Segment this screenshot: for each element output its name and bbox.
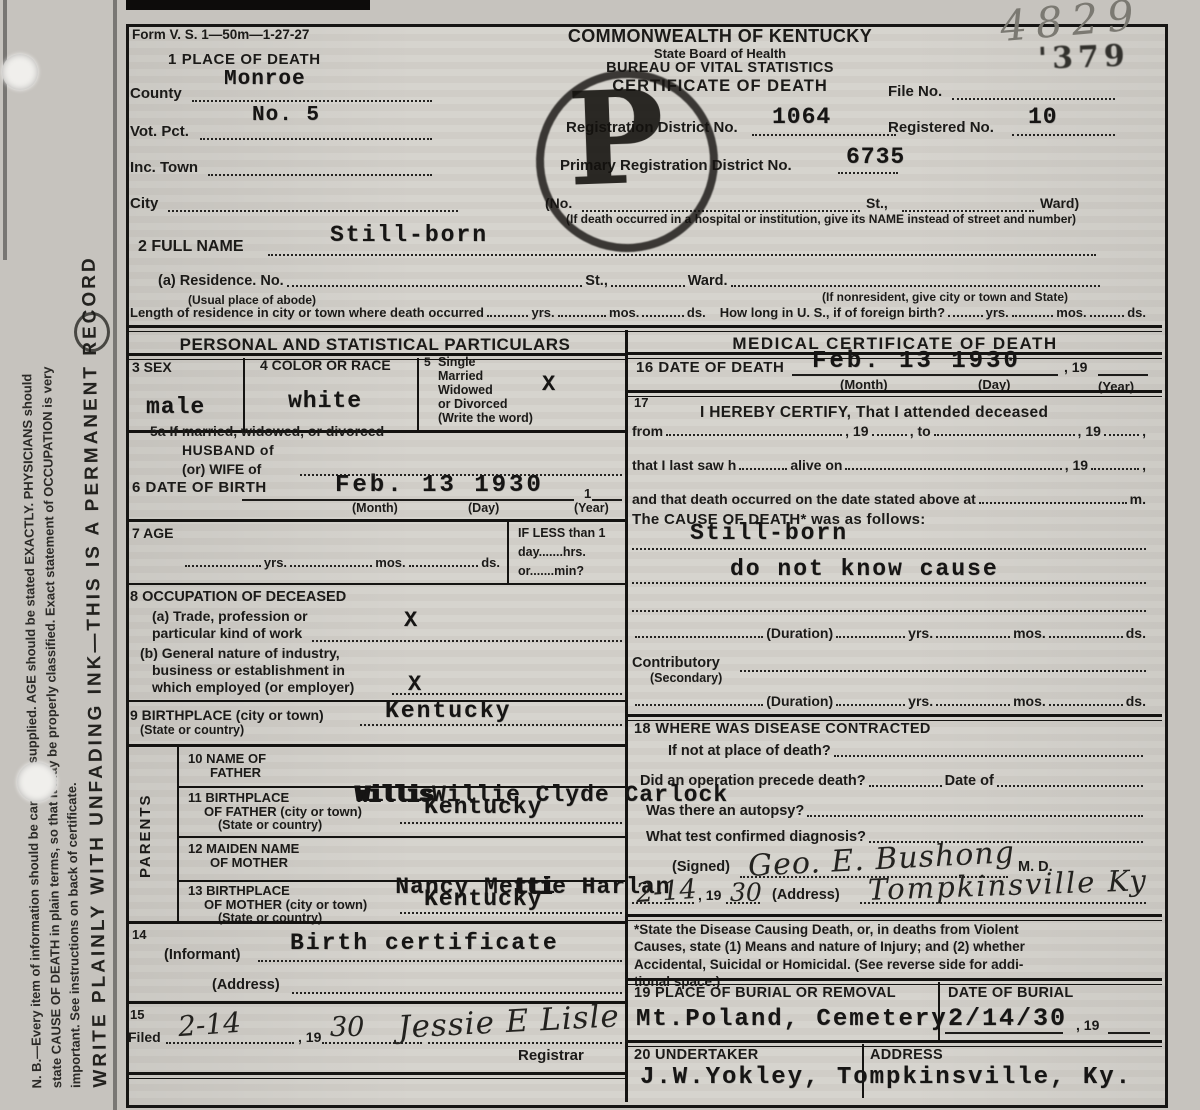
file-no-label: File No. — [888, 84, 942, 101]
leader — [1091, 466, 1139, 470]
filed-label: Filed — [128, 1030, 161, 1045]
county-value: Monroe — [224, 68, 306, 91]
commonwealth-title: COMMONWEALTH OF KENTUCKY — [545, 27, 895, 47]
residence-label: (a) Residence. No. — [158, 274, 284, 290]
leader — [632, 608, 1146, 612]
full-name-value: Still-born — [330, 222, 488, 248]
row-border — [128, 700, 625, 702]
ink-ring-mark — [74, 312, 110, 352]
leader — [360, 722, 622, 726]
cell-divider — [243, 358, 245, 430]
stamped-number: '379 — [1037, 38, 1130, 76]
leader — [558, 313, 606, 317]
undertaker-label: 20 UNDERTAKER — [634, 1048, 758, 1064]
registration-district-value: 1064 — [772, 104, 831, 130]
ds-label: ds. — [481, 556, 500, 570]
marital-option: Married — [438, 370, 483, 384]
signed-address-label: (Address) — [772, 888, 840, 904]
leader — [936, 634, 1010, 638]
informant-value: Birth certificate — [290, 930, 559, 956]
occupation-a1: (a) Trade, profession or — [152, 609, 308, 624]
fill-line — [242, 497, 574, 501]
leader — [635, 702, 763, 706]
cell-divider — [417, 358, 419, 430]
residence-ward-label: Ward. — [688, 274, 728, 290]
leader — [979, 500, 1127, 504]
row-border — [128, 744, 625, 747]
occupation-a2: particular kind of work — [152, 626, 302, 641]
disease-contracted-label: 18 WHERE WAS DISEASE CONTRACTED — [634, 722, 931, 738]
leader — [869, 783, 942, 787]
row-border — [628, 390, 1162, 397]
month-label: (Month) — [352, 502, 398, 516]
leader — [292, 990, 622, 994]
dod-label: 16 DATE OF DEATH — [636, 360, 784, 377]
leader — [739, 466, 787, 470]
cell-divider — [177, 747, 179, 921]
street-ward-label: Ward) — [1040, 196, 1079, 211]
leader — [997, 783, 1143, 787]
secondary-label: (Secondary) — [650, 672, 722, 686]
leader — [635, 634, 763, 638]
leader — [392, 691, 622, 695]
undertaker-value: J.W.Yokley, Tompkinsville, Ky. — [640, 1064, 1132, 1091]
county-label: County — [130, 86, 182, 103]
how-long-label: How long in U. S., if of foreign birth? — [720, 306, 945, 320]
leader — [290, 563, 372, 567]
certify-statement: I HEREBY CERTIFY, That I attended deceas… — [700, 404, 1048, 421]
age-label: 7 AGE — [132, 526, 174, 541]
occupation-b3: which employed (or employer) — [152, 680, 354, 695]
leader — [948, 313, 983, 317]
marital-value: X — [542, 372, 556, 397]
row-border — [177, 880, 625, 882]
leader — [611, 283, 685, 287]
leader — [200, 136, 432, 140]
mos-label: mos. — [1013, 694, 1046, 709]
footnote-line: Causes, state (1) Means and nature of In… — [634, 938, 1154, 955]
burial-19-label: , 19 — [1076, 1018, 1099, 1033]
leader — [487, 313, 529, 317]
duration-row-2: (Duration) yrs. mos. ds. — [632, 694, 1146, 709]
leader — [400, 910, 622, 914]
place-of-death-label: 1 PLACE OF DEATH — [168, 52, 321, 69]
certify-number: 17 — [634, 396, 648, 410]
form-number: Form V. S. 1—50m—1-27-27 — [132, 28, 309, 43]
registered-no-label: Registered No. — [888, 120, 994, 137]
leader — [642, 313, 684, 317]
inc-town-label: Inc. Town — [130, 160, 198, 177]
vot-pct-label: Vot. Pct. — [130, 124, 189, 141]
leader — [1104, 432, 1139, 436]
leader — [834, 753, 1143, 757]
leader — [934, 432, 1075, 436]
father-name-label2: FATHER — [210, 766, 261, 780]
q1-row: If not at place of death? — [668, 744, 1146, 760]
marital-write-word: (Write the word) — [438, 412, 533, 426]
occurred-label: and that death occurred on the date stat… — [632, 492, 976, 507]
margin-instructions: N. B.—Every item of information should b… — [13, 47, 124, 1088]
yrs-label: yrs. — [531, 306, 554, 320]
leader — [268, 252, 1096, 256]
ds-label: ds. — [687, 306, 706, 320]
year-label: (Year) — [574, 502, 609, 516]
filed-19-label: , 19 — [298, 1030, 321, 1045]
occupation-b1: (b) General nature of industry, — [140, 646, 340, 661]
leader — [409, 563, 479, 567]
informant-label: (Informant) — [164, 948, 241, 964]
parents-label: PARENTS — [138, 784, 155, 888]
scan-edge-bar — [126, 0, 370, 10]
leader — [666, 432, 842, 436]
duration-label: (Duration) — [766, 694, 833, 709]
burial-place-label: 19 PLACE OF BURIAL OR REMOVAL — [634, 986, 896, 1002]
19-label: , 19 — [1065, 458, 1088, 473]
sex-value: male — [146, 394, 205, 420]
fill-line — [1108, 1030, 1150, 1034]
ds-label: ds. — [1127, 306, 1146, 320]
fill-line — [1098, 372, 1148, 376]
leader — [287, 283, 583, 287]
informant-address-label: (Address) — [212, 978, 280, 994]
leader — [185, 563, 261, 567]
if-less-line2: day.......hrs. — [518, 546, 586, 560]
punch-hole — [2, 54, 38, 90]
leader — [752, 132, 896, 136]
fill-line — [792, 372, 1058, 376]
residence-st-label: St., — [585, 274, 608, 290]
if-less-line3: or.......min? — [518, 565, 584, 579]
row-border — [128, 1072, 625, 1079]
leader — [312, 638, 622, 642]
leader — [1012, 313, 1054, 317]
item5a-line1: 5a If married, widowed, or divorced — [150, 424, 384, 439]
section-divider — [126, 325, 1162, 332]
registered-no-value: 10 — [1028, 104, 1058, 130]
mos-label: mos. — [1056, 306, 1086, 320]
certify-occurred-row: and that death occurred on the date stat… — [632, 492, 1146, 507]
punch-hole — [17, 762, 57, 802]
leader — [872, 432, 907, 436]
city-label: City — [130, 196, 158, 213]
vot-pct-value: No. 5 — [252, 104, 320, 127]
ds-label: ds. — [1126, 694, 1146, 709]
full-name-label: 2 FULL NAME — [138, 238, 243, 256]
day-label: (Day) — [468, 502, 499, 516]
yrs-label: yrs. — [908, 694, 933, 709]
leader — [1090, 313, 1125, 317]
residence-row: (a) Residence. No. St., Ward. — [158, 274, 1103, 290]
last-saw-label: that I last saw h — [632, 458, 736, 473]
mos-label: mos. — [1013, 626, 1046, 641]
leader — [726, 900, 760, 904]
state-board-title: State Board of Health — [545, 47, 895, 61]
contributory-label: Contributory — [632, 656, 720, 672]
if-less-line1: IF LESS than 1 — [518, 527, 606, 541]
father-name-overstrike: Willis — [355, 782, 432, 808]
filed-date-handwritten: 2-14 — [177, 1006, 242, 1043]
row-border — [128, 921, 625, 924]
marital-option: Single — [438, 356, 476, 370]
row-border — [628, 714, 1162, 721]
undertaker-address-label: ADDRESS — [870, 1048, 943, 1064]
19-label: , 19 — [1078, 424, 1101, 439]
row-border — [628, 978, 1162, 985]
leader — [166, 1040, 294, 1044]
dob-label: 6 DATE OF BIRTH — [132, 480, 267, 497]
mos-label: mos. — [609, 306, 639, 320]
marital-option: or Divorced — [438, 398, 507, 412]
leader — [632, 546, 1146, 550]
row-border — [128, 583, 625, 585]
birthplace-value: Kentucky — [385, 698, 511, 724]
leader — [807, 813, 1143, 817]
burial-place-value: Mt.Poland, Cemetery — [636, 1006, 948, 1033]
occupation-b2: business or establishment in — [152, 663, 345, 678]
street-st-label: St., — [866, 196, 888, 211]
fill-line — [945, 1030, 1063, 1034]
19-label: , 19 — [845, 424, 868, 439]
occupation-label: 8 OCCUPATION OF DECEASED — [130, 590, 346, 606]
leader — [731, 283, 1101, 287]
filed-number: 15 — [130, 1008, 144, 1022]
row-border — [128, 519, 625, 522]
burial-date-value: 2/14/30 — [948, 1004, 1067, 1033]
mother-name-label2: OF MOTHER — [210, 856, 288, 870]
leader — [952, 96, 1115, 100]
leader — [1049, 634, 1123, 638]
duration-row: (Duration) yrs. mos. ds. — [632, 626, 1146, 641]
color-race-value: white — [288, 388, 362, 414]
from-label: from — [632, 424, 663, 439]
dod-19-label: , 19 — [1064, 360, 1087, 375]
burial-date-label: DATE OF BURIAL — [948, 986, 1074, 1002]
color-race-label: 4 COLOR OR RACE — [260, 358, 391, 373]
father-name-value: WillisWillie Clyde Carlock — [296, 756, 728, 834]
nonresident-note: (If nonresident, give city or town and S… — [822, 291, 1068, 304]
cell-divider — [938, 982, 940, 1040]
duration-label: (Duration) — [766, 626, 833, 641]
leader — [836, 702, 905, 706]
marital-number: 5 — [424, 356, 431, 369]
sex-label: 3 SEX — [132, 360, 172, 375]
cause-value-1: Still-born — [690, 520, 848, 546]
leader — [1012, 132, 1115, 136]
leader — [1049, 702, 1123, 706]
length-residence-label: Length of residence in city or town wher… — [130, 306, 484, 320]
mother-bp-value: Kentucky — [424, 886, 542, 912]
registrar-label: Registrar — [518, 1048, 584, 1065]
certify-from-row: from , 19 , to , 19 , — [632, 424, 1146, 439]
leader — [208, 172, 432, 176]
cause-value-2: do not know cause — [730, 556, 999, 582]
leader — [192, 98, 432, 102]
signed-19-label: , 19 — [698, 888, 721, 903]
leader — [936, 702, 1010, 706]
wife-of-label: (or) WIFE of — [182, 462, 261, 477]
mos-label: mos. — [375, 556, 405, 570]
leader — [845, 466, 1061, 470]
scan-edge-line — [3, 0, 7, 260]
leader — [632, 900, 694, 904]
leader — [632, 580, 1146, 584]
yrs-label: yrs. — [264, 556, 287, 570]
row-border — [628, 914, 1162, 921]
leader — [836, 634, 905, 638]
to-label: , to — [910, 424, 931, 439]
filed-year-handwritten: 30 — [330, 1012, 364, 1043]
state-country-note: (State or country) — [140, 724, 244, 738]
p-stamp-letter: P — [565, 62, 666, 215]
year-tick: 1 — [584, 487, 591, 501]
footnote-line: *State the Disease Causing Death, or, in… — [634, 921, 1154, 938]
row-border — [628, 1040, 1162, 1047]
leader — [258, 958, 622, 962]
date-of-label: Date of — [945, 774, 994, 790]
death-certificate-scan: N. B.—Every item of information should b… — [0, 0, 1200, 1110]
husband-of-label: HUSBAND of — [182, 443, 274, 458]
footnote-line: Accidental, Suicidal or Homicidal. (See … — [634, 956, 1154, 973]
m-label: m. — [1130, 492, 1146, 507]
ds-label: ds. — [1126, 626, 1146, 641]
occupation-a-value: X — [404, 608, 418, 633]
certify-saw-row: that I last saw h alive on , 19 , — [632, 458, 1146, 473]
length-residence-row: Length of residence in city or town wher… — [130, 306, 1146, 320]
leader — [740, 668, 1146, 672]
cell-divider — [507, 519, 509, 583]
informant-number: 14 — [132, 928, 146, 942]
primary-registration-value: 6735 — [846, 144, 905, 170]
leader — [838, 170, 898, 174]
dod-value: Feb. 13 1930 — [812, 348, 1021, 375]
yrs-label: yrs. — [986, 306, 1009, 320]
dob-value: Feb. 13 1930 — [335, 472, 544, 499]
comma: , — [1142, 424, 1146, 439]
age-units-row: yrs. mos. ds. — [182, 556, 500, 570]
marital-option: Widowed — [438, 384, 493, 398]
personal-title: PERSONAL AND STATISTICAL PARTICULARS — [128, 336, 622, 355]
alive-on-label: alive on — [790, 458, 842, 473]
birthplace-label: 9 BIRTHPLACE (city or town) — [130, 708, 324, 723]
leader — [168, 208, 458, 212]
signed-label: (Signed) — [672, 860, 730, 876]
row-border — [177, 836, 625, 838]
comma: , — [1142, 458, 1146, 473]
yrs-label: yrs. — [908, 626, 933, 641]
